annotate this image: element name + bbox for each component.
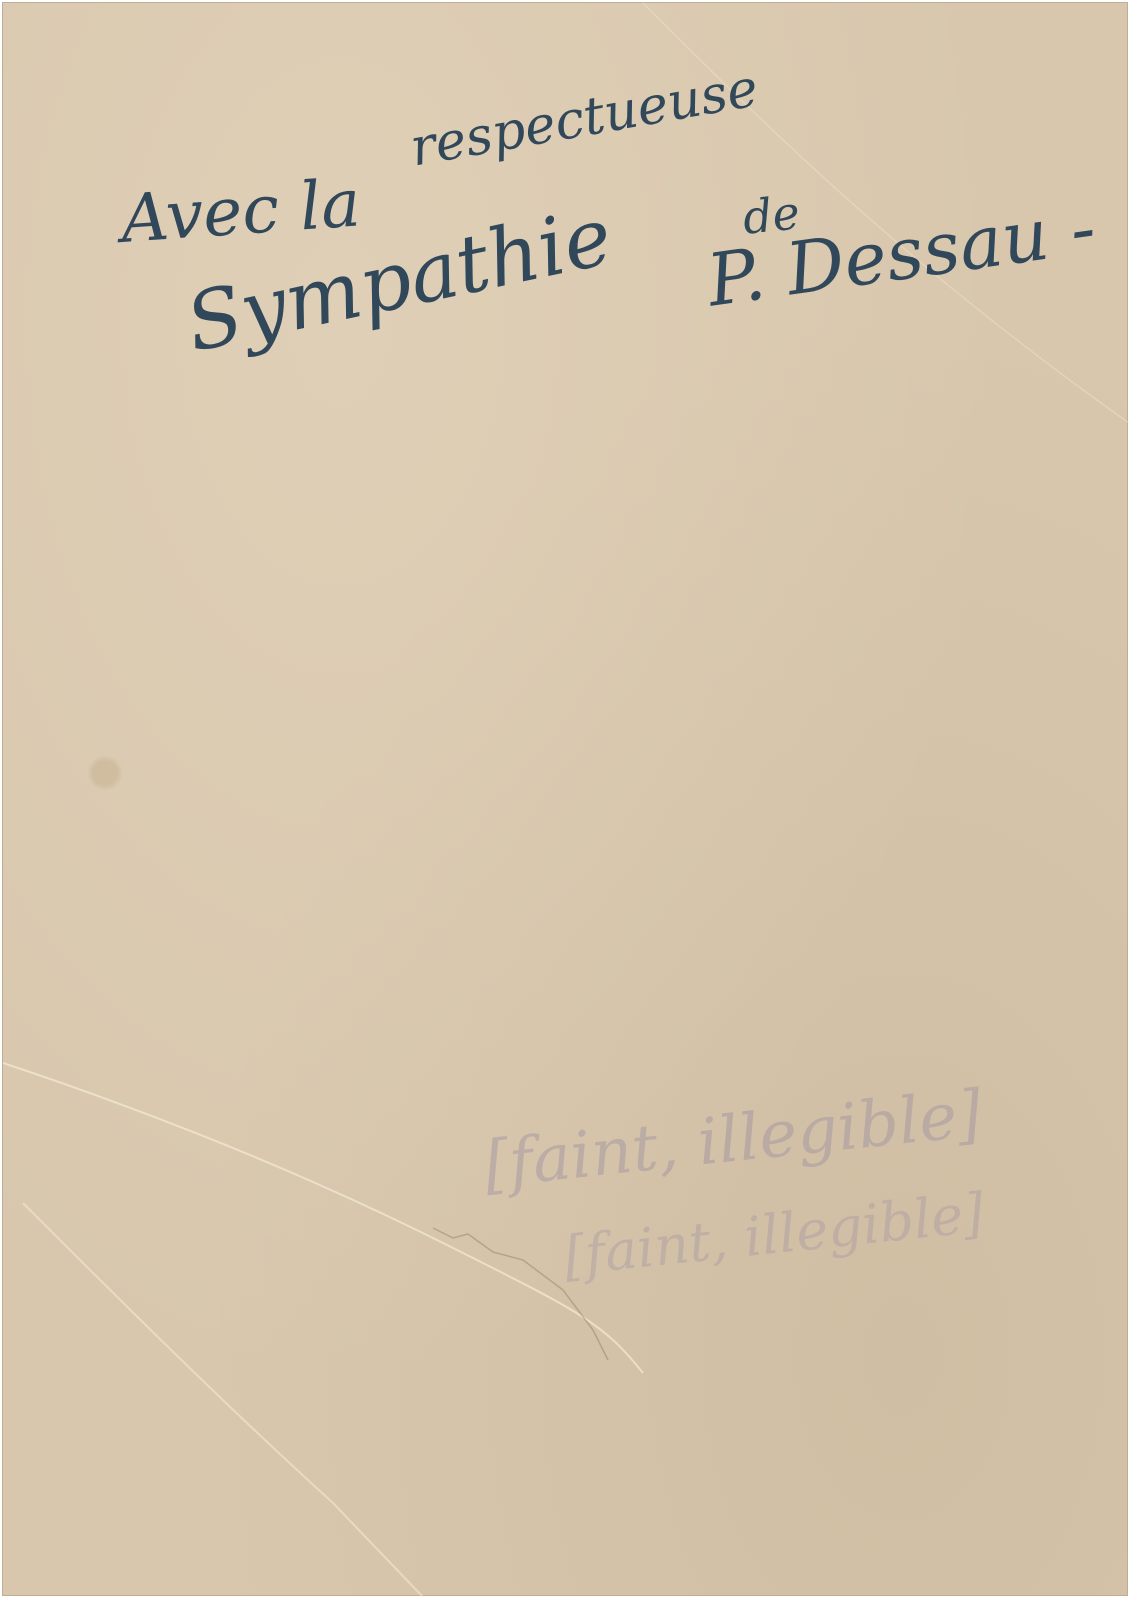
- pencil-note-date: [faint, illegible]: [561, 1181, 987, 1288]
- inscription-line-respectueuse: respectueuse: [406, 58, 763, 178]
- card-back: Avec la respectueuse Sympathie de P. Des…: [2, 2, 1128, 1596]
- inscription-line-avec-la: Avec la: [118, 164, 363, 258]
- pencil-note-name: [faint, illegible]: [481, 1077, 986, 1203]
